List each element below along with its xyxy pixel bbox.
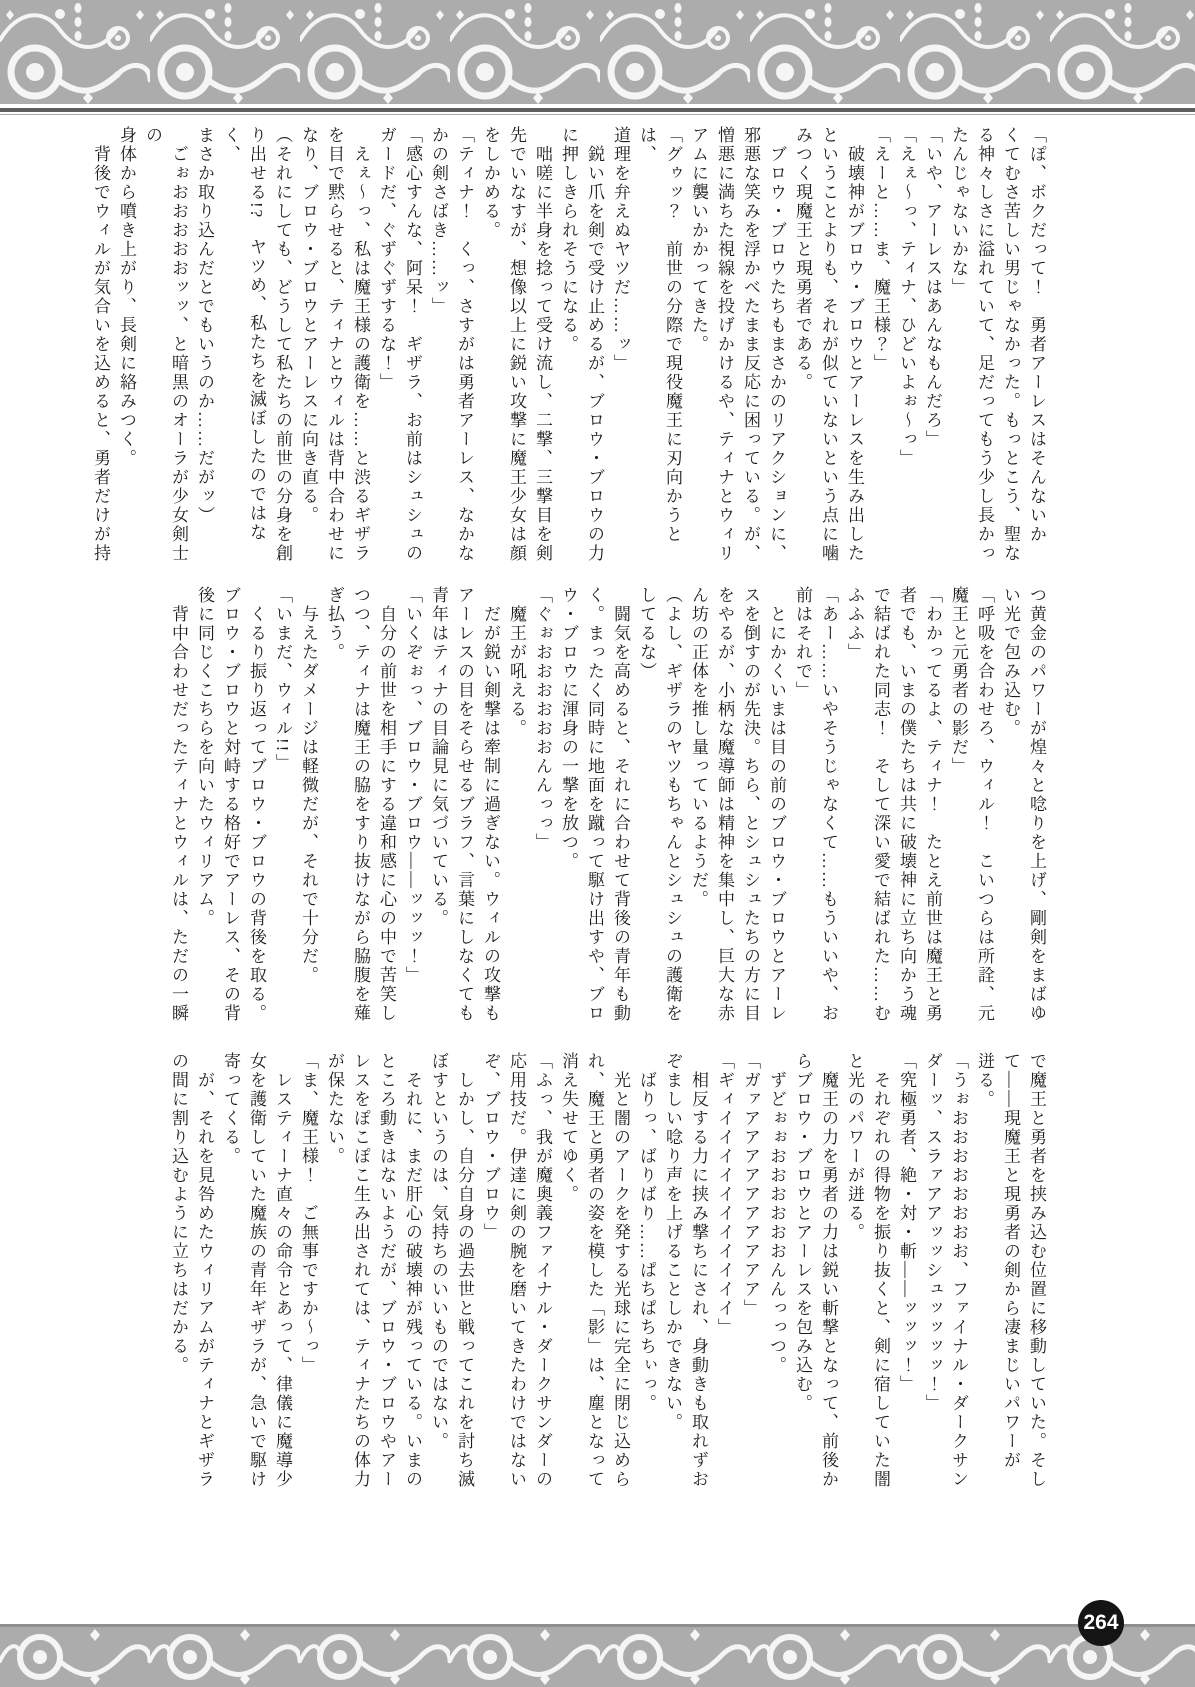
text-line: で結ばれた同志！ そして深い愛で結ばれた……む [867,586,893,1034]
text-line: らブロウ・ブロウとアーレスを包み込む。 [789,1052,815,1506]
text-line: 咄嗟に半身を捻って受け流し、二撃、三撃目を剣 [529,126,555,574]
text-line: て――現魔王と現勇者の剣から凄まじいパワーが [997,1052,1023,1506]
text-line: で魔王と勇者を挟み込む位置に移動していた。そし [1023,1052,1049,1506]
text-line: しかし、自分自身の過去世と戦ってこれを討ち滅 [451,1052,477,1506]
text-line: 前はそれで」 [789,586,815,1034]
text-line: 「ま、魔王様！ ご無事ですか～っ」 [295,1052,321,1506]
text-line: 「ぽ、ボクだって！ 勇者アーレスはそんないか [1023,126,1049,574]
book-page: 「ぽ、ボクだって！ 勇者アーレスはそんないかくてむさ苦しい男じゃなかった。もっと… [0,0,1195,1687]
text-line: をやるが、小柄な魔導師は精神を集中し、巨大な赤 [711,586,737,1034]
text-line: つ黄金のパワーが煌々と唸りを上げ、剛剣をまばゆ [1023,586,1049,1034]
text-line: レスティーナ直々の命令とあって、律儀に魔導少 [269,1052,295,1506]
text-line: ごぉおおおおおッッ、と暗黒のオーラが少女剣士の [139,126,191,574]
filigree-pattern-top [0,0,1195,104]
text-line: なり、ブロウ・ブロウとアーレスに向き直る。 [295,126,321,574]
text-block-top: 「ぽ、ボクだって！ 勇者アーレスはそんないかくてむさ苦しい男じゃなかった。もっと… [157,126,1049,574]
ornamental-border-top [0,0,1195,104]
text-line: 「グゥッ？ 前世の分際で現役魔王に刃向かうとは、 [633,126,685,574]
text-line: 身体から噴き上がり、長剣に絡みつく。 [113,126,139,574]
text-line: （よし、ギザラのヤツもちゃんとシュシュの護衛を [659,586,685,1034]
text-line: 「えーと……ま、魔王様？」 [867,126,893,574]
text-line: と光のパワーが迸る。 [841,1052,867,1506]
text-line: る神々しさに溢れていて、足だってもう少し長かっ [971,126,997,574]
text-line: 闘気を高めると、それに合わせて背後の青年も動 [607,586,633,1034]
page-number-badge: 264 [1078,1600,1124,1646]
text-line: 魔王が吼える。 [503,586,529,1034]
text-line: ずどぉぉおおおおおおんんっっつ。 [763,1052,789,1506]
text-line: をしかめる。 [477,126,503,574]
text-line: 応用技だ。伊達に剣の腕を磨いてきたわけではない [503,1052,529,1506]
text-line: 者でも、いまの僕たちは共に破壊神に立ち向かう魂 [893,586,919,1034]
text-line: 背中合わせだったティナとウィルは、ただの一瞬 [165,586,191,1034]
text-line: くるり振り返ってブロウ・ブロウの背後を取る。 [243,586,269,1034]
text-line: 迸る。 [971,1052,997,1506]
text-line: ぞましい唸り声を上げることしかできない。 [659,1052,685,1506]
text-line: スを倒すのが先決。ちら、とシュシュたちの方に目 [737,586,763,1034]
text-line: 破壊神がブロウ・ブロウとアーレスを生み出した [841,126,867,574]
text-line: を目で黙らせると、ティナとウィルは背中合わせに [321,126,347,574]
text-line: 自分の前世を相手にする違和感に心の中で苦笑し [373,586,399,1034]
text-line: それぞれの得物を振り抜くと、剣に宿していた闇 [867,1052,893,1506]
text-line: まさか取り込んだとでもいうのか……だがッ） [191,126,217,574]
text-line: ウ・ブロウに渾身の一撃を放つ。 [555,586,581,1034]
text-line: 「ガァアアアアアアアアアア」 [737,1052,763,1506]
text-line: たんじゃないかな」 [945,126,971,574]
filigree-pattern-bottom [0,1627,1195,1687]
text-line: い光で包み込む。 [997,586,1023,1034]
text-line: 相反する力に挟み撃ちにされ、身動きも取れずお [685,1052,711,1506]
separator-rule-top-thin [0,114,1195,115]
text-line: 「いまだ、ウィル!!」 [269,586,295,1034]
text-line: 「わかってるよ、ティナ！ たとえ前世は魔王と勇 [919,586,945,1034]
text-line: り出せる!? ヤツめ、私たちを滅ぼしたのではなく、 [217,126,269,574]
text-line: ぼすというのは、気持ちのいいものではない。 [425,1052,451,1506]
text-line: アーレスの目をそらせるブラフ、言葉にしなくても [451,586,477,1034]
text-line: 「究極勇者、絶・対・斬――ッッッ！」 [893,1052,919,1506]
text-line: 後に同じくこちらを向いたウィリアム。 [191,586,217,1034]
text-line: ところ動きはないようだが、ブロウ・ブロウやアー [373,1052,399,1506]
text-line: 消え失せてゆく。 [555,1052,581,1506]
text-line: 「ギィイイイイイイイイイイイ」 [711,1052,737,1506]
text-line: みつく現魔王と現勇者である。 [789,126,815,574]
text-line: 「呼吸を合わせろ、ウィル！ こいつらは所詮、元 [971,586,997,1034]
text-line: 「感心すんな、阿呆！ ギザラ、お前はシュシュの [399,126,425,574]
text-line: ぎ払う。 [321,586,347,1034]
text-line: ん坊の正体を推し量っているようだ。 [685,586,711,1034]
text-block-bottom: で魔王と勇者を挟み込む位置に移動していた。そして――現魔王と現勇者の剣から凄まじ… [157,1052,1049,1506]
text-line: ダーッ、スラァアアッッシュッッッッ！」 [919,1052,945,1506]
text-line: 「ぐぉおおおおおおんんっっ」 [529,586,555,1034]
text-line: 鋭い爪を剣で受け止めるが、ブロウ・ブロウの力 [581,126,607,574]
text-line: ぞ、ブロウ・ブロウ」 [477,1052,503,1506]
text-line: とにかくいまは目の前のブロウ・ブロウとアーレ [763,586,789,1034]
text-line: 「あー……いやそうじゃなくて……もういいや、お [815,586,841,1034]
text-line: 「ふっ、我が魔奥義ファイナル・ダークサンダーの [529,1052,555,1506]
text-line: れ、魔王と勇者の姿を模した「影」は、塵となって [581,1052,607,1506]
text-line: 「うぉおおおおおおおお、ファイナル・ダークサン [945,1052,971,1506]
text-line: ばりっ、ばりばり……ぱちぱちちぃっ。 [633,1052,659,1506]
text-block-middle: つ黄金のパワーが煌々と唸りを上げ、剛剣をまばゆい光で包み込む。「呼吸を合わせろ、… [157,586,1049,1034]
text-line: ブロウ・ブロウと対峙する格好でアーレス、その背 [217,586,243,1034]
text-line: 女を護衛していた魔族の青年ギザラが、急いで駆け [243,1052,269,1506]
text-line: 与えたダメージは軽微だが、それで十分だ。 [295,586,321,1034]
text-line: レスをぽこぽこ生み出されては、ティナたちの体力 [347,1052,373,1506]
text-line: の間に割り込むように立ちはだかる。 [165,1052,191,1506]
text-line: 先でいなすが、想像以上に鋭い攻撃に魔王少女は顔 [503,126,529,574]
text-line: 寄ってくる。 [217,1052,243,1506]
text-line: 道理を弁えぬヤツだ……ッ」 [607,126,633,574]
separator-rule-top [0,108,1195,112]
text-line: 光と闇のアークを発する光球に完全に閉じ込めら [607,1052,633,1506]
text-line: 「えぇ～っ、ティナ、ひどいよぉ～っ」 [893,126,919,574]
text-line: に押しきられそうになる。 [555,126,581,574]
text-line: アムに襲いかかってきた。 [685,126,711,574]
text-line: ガードだ、ぐずぐずするな！」 [373,126,399,574]
page-number: 264 [1083,1611,1118,1635]
text-line: が、それを見咎めたウィリアムがティナとギザラ [191,1052,217,1506]
text-line: が保たない。 [321,1052,347,1506]
text-line: くてむさ苦しい男じゃなかった。もっとこう、聖な [997,126,1023,574]
text-line: 青年はティナの目論見に気づいている。 [425,586,451,1034]
text-line: 「ティナ！ くっ、さすがは勇者アーレス、なかな [451,126,477,574]
text-line: 背後でウィルが気合いを込めると、勇者だけが持 [87,126,113,574]
text-line: 「いくぞぉっ、ブロウ・ブロウ――ッッッ！」 [399,586,425,1034]
text-line: えぇ～っ、私は魔王様の護衛を……と渋るギザラ [347,126,373,574]
text-line: ということよりも、それが似ていないという点に噛 [815,126,841,574]
text-line: ふふふ」 [841,586,867,1034]
text-line: 「いや、アーレスはあんなもんだろ」 [919,126,945,574]
text-line: してるな） [633,586,659,1034]
text-line: 魔王と元勇者の影だ」 [945,586,971,1034]
text-line: だが鋭い剣撃は牽制に過ぎない。ウィルの攻撃も [477,586,503,1034]
text-line: 邪悪な笑みを浮かべたまま反応に困っている。が、 [737,126,763,574]
text-line: 憎悪に満ちた視線を投げかけるや、ティナとウィリ [711,126,737,574]
text-line: ブロウ・ブロウたちもまさかのリアクションに、 [763,126,789,574]
text-line: かの剣さばき……ッ」 [425,126,451,574]
text-line: つつ、ティナは魔王の脇をすり抜けながら脇腹を薙 [347,586,373,1034]
text-line: それに、まだ肝心の破壊神が残っている。いまの [399,1052,425,1506]
ornamental-border-bottom [0,1624,1195,1687]
text-line: 魔王の力を勇者の力は鋭い斬撃となって、前後か [815,1052,841,1506]
text-line: （それにしても、どうして私たちの前世の分身を創 [269,126,295,574]
text-line: く。まったく同時に地面を蹴って駆け出すや、ブロ [581,586,607,1034]
